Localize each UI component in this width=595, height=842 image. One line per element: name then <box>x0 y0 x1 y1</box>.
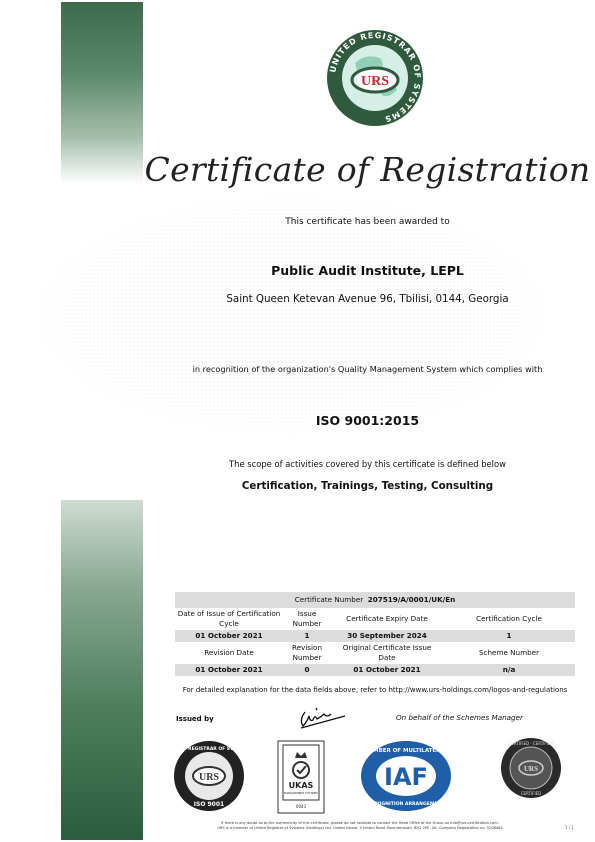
scope-intro-text: The scope of activities covered by this … <box>140 459 595 469</box>
value-cell: n/a <box>443 664 575 676</box>
table-row: 01 October 2021 0 01 October 2021 n/a <box>175 664 575 676</box>
footer-line-2: URS is a member of United Registrar of S… <box>175 826 545 831</box>
certificate-number: 207519/A/0001/UK/En <box>368 595 456 604</box>
header-cell: Issue Number <box>283 608 331 630</box>
value-cell: 01 October 2021 <box>175 664 283 676</box>
certificate-number-row: Certificate Number 207519/A/0001/UK/En <box>175 592 575 608</box>
header-cell: Original Certificate Issue Date <box>331 642 443 664</box>
organization-name: Public Audit Institute, LEPL <box>140 263 595 278</box>
header-cell: Certificate Expiry Date <box>331 608 443 630</box>
value-cell: 1 <box>443 630 575 642</box>
green-gradient-band-bottom <box>61 500 143 840</box>
table-header-row: Revision Date Revision Number Original C… <box>175 642 575 664</box>
iaf-mla-icon: IAF MEMBER OF MULTILATERAL RECOGNITION A… <box>360 740 452 812</box>
svg-text:MEMBER OF MULTILATERAL: MEMBER OF MULTILATERAL <box>364 748 449 754</box>
urs-globe-logo-icon: URS UNITED REGISTRAR OF SYSTEMS <box>325 28 425 128</box>
svg-text:IAF: IAF <box>384 763 428 791</box>
value-cell: 0 <box>283 664 331 676</box>
header-cell: Scheme Number <box>443 642 575 664</box>
certificate-title: Certificate of Registration <box>140 150 595 189</box>
svg-text:URS: URS <box>524 765 538 773</box>
svg-text:RECOGNITION ARRANGEMENT: RECOGNITION ARRANGEMENT <box>367 801 445 807</box>
urs-iso-9001-seal-icon: URS ISO 9001 UNITED REGISTRAR OF SYSTEMS <box>173 740 245 812</box>
signature-icon <box>297 702 349 730</box>
details-explanation-note: For detailed explanation for the data fi… <box>175 686 575 694</box>
value-cell: 01 October 2021 <box>331 664 443 676</box>
scope-of-activities: Certification, Trainings, Testing, Consu… <box>140 480 595 492</box>
header-cell: Certification Cycle <box>443 608 575 630</box>
svg-text:URS: URS <box>199 772 219 783</box>
standard-name: ISO 9001:2015 <box>140 413 595 428</box>
recognition-text: in recognition of the organization's Qua… <box>140 364 595 374</box>
svg-text:CERTIFIED · CERTIFIED: CERTIFIED · CERTIFIED <box>509 741 554 746</box>
on-behalf-text: On behalf of the Schemes Manager <box>396 713 523 722</box>
svg-text:CERTIFIED: CERTIFIED <box>521 791 542 796</box>
value-cell: 01 October 2021 <box>175 630 283 642</box>
organization-address: Saint Queen Ketevan Avenue 96, Tbilisi, … <box>140 293 595 305</box>
certificate-details-table: Certificate Number 207519/A/0001/UK/En D… <box>175 592 575 676</box>
svg-text:0043: 0043 <box>296 804 307 809</box>
svg-text:UNITED REGISTRAR OF SYSTEMS: UNITED REGISTRAR OF SYSTEMS <box>173 746 245 752</box>
urs-certified-seal-icon: URS CERTIFIED · CERTIFIED CERTIFIED <box>500 737 562 799</box>
awarded-to-text: This certificate has been awarded to <box>140 217 595 227</box>
svg-text:URS: URS <box>361 74 389 89</box>
table-row: 01 October 2021 1 30 September 2024 1 <box>175 630 575 642</box>
svg-text:ISO 9001: ISO 9001 <box>194 801 224 808</box>
header-cell: Date of Issue of Certification Cycle <box>175 608 283 630</box>
ukas-management-systems-icon: UKAS MANAGEMENT SYSTEMS 0043 <box>277 740 325 814</box>
svg-text:UKAS: UKAS <box>289 781 314 790</box>
header-cell: Revision Number <box>283 642 331 664</box>
table-header-row: Date of Issue of Certification Cycle Iss… <box>175 608 575 630</box>
certificate-number-label: Certificate Number <box>295 595 364 604</box>
svg-text:MANAGEMENT SYSTEMS: MANAGEMENT SYSTEMS <box>284 791 318 795</box>
issued-by-label: Issued by <box>176 715 214 723</box>
header-cell: Revision Date <box>175 642 283 664</box>
value-cell: 1 <box>283 630 331 642</box>
page-number: 1 / 1 <box>565 825 574 830</box>
footer-disclaimer: If there is any doubt as to the authenti… <box>175 821 545 831</box>
green-gradient-band-top <box>61 2 143 184</box>
value-cell: 30 September 2024 <box>331 630 443 642</box>
